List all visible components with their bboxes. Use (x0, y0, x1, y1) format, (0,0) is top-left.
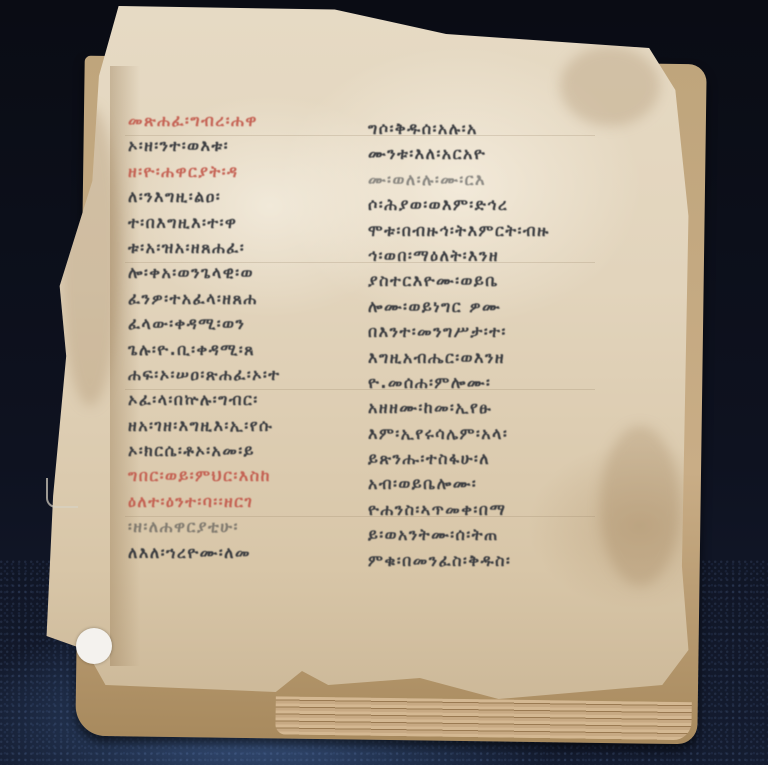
manuscript-line: መጽሐፈ፡ግብረ፡ሐዋ (128, 108, 338, 133)
manuscript-line: ፈላው፡ቀዳሚ፡ወን (128, 311, 338, 336)
manuscript-line: ይጽንሑ፡ተስፋሁ፡ለ (368, 446, 588, 471)
left-text-column: መጽሐፈ፡ግብረ፡ሐዋኦ፡ዘ፡ንተ፡ወእቱ፡ዘ፡ዮ፡ሐዋርያት፡ዳለ፡ንእግዚ፡… (128, 108, 338, 565)
manuscript-line: ያስተርእዮሙ፡ወይቤ (368, 268, 588, 293)
manuscript-line: ሙ፡ወለ፡ሉ፡ሙ፡ርእ (368, 167, 588, 192)
manuscript-line: ዮ.መሰሐ፡ምሎሙ፡ (368, 370, 588, 395)
manuscript-line: አብ፡ወይቤሎሙ፡ (368, 471, 588, 496)
manuscript-line: ሐፍ፡ኦ፡ሠዐ፡ጽሐፈ፡ኦ፡ተ (128, 362, 338, 387)
manuscript-line: ተ፡በእግዚእ፡ተ፡ዋ (128, 210, 338, 235)
manuscript-line: ኦፈ፡ላ፡በኵሉ፡ግብር፡ (128, 387, 338, 412)
manuscript-line: ሎሙ፡ወይነግር ዎሙ (368, 294, 588, 319)
manuscript-line: ዕለተ፡ዕንተ፡ባ፡፡ዘርገ (128, 489, 338, 514)
manuscript-line: ሞቱ፡በብዙኅ፡ትእምርት፡ብዙ (368, 218, 588, 243)
stain (560, 46, 660, 126)
manuscript-line: ፡ዘ፡ለሐዋርያቲሁ፡ (128, 514, 338, 539)
manuscript-line: ለእለ፡ኀረዮሙ፡ለመ (128, 540, 338, 565)
manuscript-line: እም፡ኢየሩሳሌም፡አላ፡ (368, 421, 588, 446)
manuscript-line: ለ፡ንእግዚ፡ልዐ፡ (128, 184, 338, 209)
manuscript-line: ግበር፡ወይ፡ምህር፡እስከ (128, 463, 338, 488)
manuscript-line: ይ፡ወአንትሙ፡ሰ፡ትጠ (368, 522, 588, 547)
page-edges (275, 696, 691, 740)
loose-thread (46, 478, 78, 508)
stain (600, 426, 680, 586)
white-dot-sticker (76, 628, 112, 664)
manuscript-line: ኦ፡ዘ፡ንተ፡ወእቱ፡ (128, 133, 338, 158)
manuscript-line: በእንተ፡መንግሥታ፡ተ፡ (368, 319, 588, 344)
manuscript-line: ቱ፡አ፡ዝአ፡ዘጸሐፈ፡ (128, 235, 338, 260)
manuscript-line: ሙንቱ፡እለ፡አርአዮ (368, 141, 588, 166)
manuscript-line: ግሶ፡ቅዱሰ፡አሉ፡አ (368, 116, 588, 141)
manuscript-line: ሎ፡ቀአ፡ወንጌላዊ፡ወ (128, 260, 338, 285)
manuscript-line: ዮሐንስ፡ኣጥመቀ፡በማ (368, 497, 588, 522)
manuscript-line: ኦ፡ክርሴ፡ቶኦ፡አመ፡ይ (128, 438, 338, 463)
right-text-column: ግሶ፡ቅዱሰ፡አሉ፡አሙንቱ፡እለ፡አርአዮሙ፡ወለ፡ሉ፡ሙ፡ርእሶ፡ሕያወ፡ወ… (368, 116, 588, 573)
manuscript-line: ፈንዎ፡ተአፈላ፡ዘጸሐ (128, 286, 338, 311)
manuscript-line: ዘአ፡ገዘ፡እግዚእ፡ኢ፡የሱ (128, 413, 338, 438)
manuscript-line: ምቁ፡በመንፈስ፡ቅዱስ፡ (368, 548, 588, 573)
manuscript-line: ኅ፡ወበ፡ማዕለት፡እንዘ (368, 243, 588, 268)
manuscript-line: ዘ፡ዮ፡ሐዋርያት፡ዳ (128, 159, 338, 184)
manuscript-line: ሶ፡ሕያወ፡ወእም፡ድኅረ (368, 192, 588, 217)
manuscript-line: ጌሉ፡ዮ.ቢ፡ቀዳሚ፡ጸ (128, 337, 338, 362)
manuscript-line: እግዚአብሔር፡ወእንዘ (368, 345, 588, 370)
manuscript-line: አዘዘሙ፡ከመ፡ኢየፁ (368, 395, 588, 420)
